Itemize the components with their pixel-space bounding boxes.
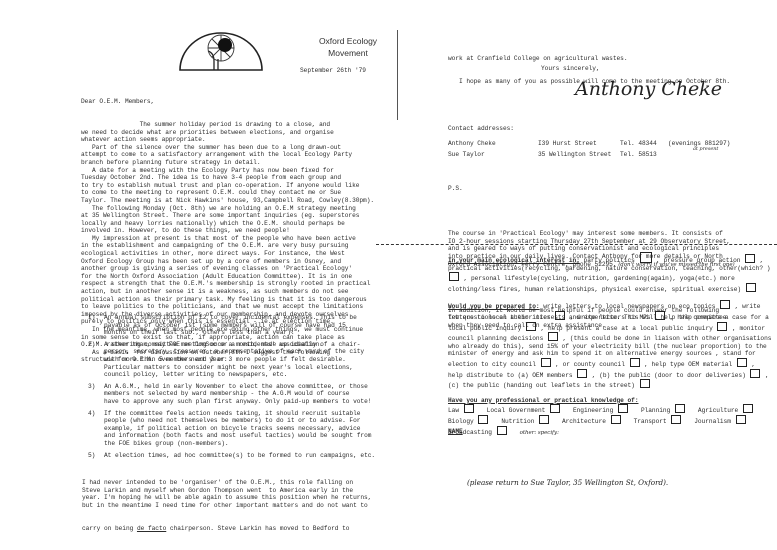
letter-line: locally and heavy lorries nationally) wh…	[81, 220, 374, 228]
letter-line: The summer holiday period is drawing to …	[81, 121, 374, 129]
knowledge-label: Journalism	[694, 418, 731, 425]
item-line: months on their last sub., others less t…	[104, 329, 375, 337]
knowledge-option: Journalism	[694, 415, 746, 426]
letter-line: to leave politics to the politicians, an…	[81, 303, 374, 311]
knowledge-label: Agriculture	[698, 407, 738, 414]
letter-line: Part of the silence over the summer has …	[81, 144, 374, 152]
item-text: An A.G.M., held in early November to ele…	[104, 383, 375, 406]
letter-line: for the North Oxford Association (Adult …	[81, 273, 374, 281]
closing-line: Steve Larkin and myself when Gordon Thom…	[82, 487, 371, 495]
letter-line: ecological activities in other, more dir…	[81, 250, 374, 258]
letter-line: to try to establish mutual trust and pla…	[81, 182, 374, 190]
prepared-option-label: write letters to local newspapers on eco…	[543, 303, 715, 310]
prepared-option-label: write letters to MPs	[577, 314, 650, 321]
letter-line: another group is giving a series of even…	[81, 265, 374, 273]
knowledge-checkbox[interactable]	[539, 415, 549, 424]
item-line: the FOE bikes group (non-members).	[104, 440, 375, 448]
knowledge-option: Architecture	[562, 415, 622, 426]
structure-item: 5)At election times, ad hoc committee(s)…	[88, 452, 375, 460]
prepared-option-label: help present a case at a local public in…	[548, 325, 713, 332]
prepared-checkbox[interactable]	[577, 369, 587, 378]
interest-checkbox[interactable]	[449, 272, 459, 281]
return-address-note: (please return to Sue Taylor, 35 Welling…	[467, 478, 668, 487]
item-number: 4)	[88, 410, 95, 418]
ps-line: The course in 'Practical Ecology' may in…	[448, 230, 735, 238]
ps-label: P.S.	[448, 185, 735, 193]
sunflower-arch-logo-icon	[178, 31, 264, 71]
item-number: I)	[88, 314, 95, 322]
item-number: 5)	[88, 452, 95, 460]
organization-name: Oxford Ecology Movement	[303, 35, 393, 59]
prepared-option-label: (b) the public (door to door deliveries)	[599, 372, 746, 379]
item-line: with more than 5 members and 2 or 3 more…	[104, 356, 375, 364]
letter-line: involved in. However, to do these things…	[81, 227, 374, 235]
letter-line: whatever action seems appropriate.	[81, 136, 374, 144]
structure-item: 2)A steering committee meeting once a mo…	[88, 341, 375, 379]
item-line: A steering committee meeting once a mont…	[104, 341, 375, 349]
item-text: At election times, ad hoc committee(s) t…	[104, 452, 375, 460]
knowledge-label: Planning	[641, 407, 670, 414]
item-number: 2)	[88, 341, 95, 349]
prepared-checkbox[interactable]	[655, 311, 665, 320]
name-field-label: NAME	[448, 428, 463, 436]
item-line: have to approve any such plan first anyw…	[104, 398, 375, 406]
item-line: people (who need not themselves be membe…	[104, 417, 375, 425]
letter-line: we need to decide what are priorities be…	[81, 129, 374, 137]
interest-checkbox[interactable]	[640, 252, 652, 263]
signature-dot: .	[698, 88, 701, 99]
item-text: A steering committee meeting once a mont…	[104, 341, 375, 379]
letter-line: Taylor. The meeting is at Nick Hawkins' …	[81, 197, 374, 205]
item-line: council policy, letter writing to newspa…	[104, 371, 375, 379]
knowledge-heading: Have you any professional or practical k…	[448, 397, 638, 404]
knowledge-checkbox[interactable]	[550, 404, 560, 413]
prepared-checkbox[interactable]	[555, 311, 565, 320]
knowledge-option: Local Government	[487, 404, 561, 415]
knowledge-option: Planning	[641, 404, 686, 415]
salutation: Dear O.E.M. Members,	[81, 98, 374, 106]
prepared-option-label: help type OEM material	[652, 361, 733, 368]
prepared-checkbox[interactable]	[720, 300, 730, 309]
letter-line: respect a strength that the O.E.M.'s mem…	[81, 280, 374, 288]
knowledge-checkbox[interactable]	[736, 415, 746, 424]
interest-option-label: practical activities(recycling, gardenin…	[448, 265, 770, 272]
prepared-option-label: help distribute to (a) OEM members	[448, 372, 573, 379]
knowledge-checkbox[interactable]	[478, 415, 488, 424]
knowledge-option: Engineering	[573, 404, 629, 415]
letter-line: The following Monday (Oct. 8th) we are h…	[81, 205, 374, 213]
knowledge-checkbox[interactable]	[618, 404, 628, 413]
handwritten-note: at present	[693, 146, 718, 154]
contact-name: Anthony Cheke	[448, 140, 496, 148]
item-line: Particular matters to consider might be …	[104, 364, 375, 372]
prepared-checkbox[interactable]	[750, 369, 760, 378]
interest-option-label: personal lifestyle(cycling, nutrition, g…	[448, 275, 741, 293]
interest-option-label: party politics	[584, 257, 635, 264]
prepared-checkbox[interactable]	[640, 379, 650, 388]
tear-off-dashed-line	[376, 244, 777, 245]
letter-line: branch before planning future strategy i…	[81, 159, 374, 167]
org-name-line2: Movement	[303, 47, 393, 59]
prepared-checkbox[interactable]	[630, 358, 640, 367]
letter-line: political action as their primary task. …	[81, 296, 374, 304]
contact-name: Sue Taylor	[448, 151, 485, 159]
knowledge-label: Local Government	[487, 407, 546, 414]
item-line: At election times, ad hoc committee(s) t…	[104, 452, 375, 460]
knowledge-checkbox[interactable]	[611, 415, 621, 424]
prepared-checkbox[interactable]	[737, 358, 747, 367]
question-block: Have you any professional or practical k…	[448, 397, 773, 437]
knowledge-checkbox[interactable]	[671, 415, 681, 424]
knowledge-option: Law	[448, 404, 475, 415]
closing-paragraph: I had never intended to be 'organiser' o…	[82, 464, 371, 540]
question-block: In your main ecological interest in: par…	[448, 252, 773, 293]
letter-line: to come to the meeting to represent O.E.…	[81, 189, 374, 197]
structure-item: 4)If the committee feels action needs ta…	[88, 410, 375, 448]
item-line: person, secretary, treasurer, a represen…	[104, 348, 375, 356]
letter-date: September 26th '79	[300, 67, 366, 75]
letter-line: Oxford Ecology Group has been set up by …	[81, 258, 374, 266]
questionnaire: In your main ecological interest in: par…	[448, 252, 773, 444]
item-text: If the committee feels action needs taki…	[104, 410, 375, 448]
closing-last-line: carry on being de facto chairperson. Ste…	[82, 525, 371, 533]
knowledge-label: Engineering	[573, 407, 613, 414]
de-facto-underlined: de facto	[137, 525, 166, 532]
item-text: An annual subscription of £2 to cover in…	[104, 314, 375, 337]
knowledge-option: Nutrition	[501, 415, 550, 426]
knowledge-option: Agriculture	[698, 404, 754, 415]
knowledge-label: Law	[448, 407, 459, 414]
closing-lead: carry on being	[82, 525, 137, 532]
knowledge-checkbox[interactable]	[497, 426, 507, 435]
letter-line: in the establishment and campaigning of …	[81, 242, 374, 250]
structure-item: I)An annual subscription of £2 to cover …	[88, 314, 375, 337]
sign-off: Yours sincerely,	[541, 65, 600, 73]
closing-line: but in the meantime I need time for othe…	[82, 502, 371, 510]
page-edge-line	[397, 30, 398, 120]
continuation-line-1: work at Cranfield College on agricultura…	[448, 55, 730, 63]
knowledge-checkbox[interactable]	[675, 404, 685, 413]
letter-line: attempt to come to a satisfactory arrang…	[81, 151, 374, 159]
item-number: 3)	[88, 383, 95, 391]
item-line: An annual subscription of £2 to cover in…	[104, 314, 375, 322]
contact-tel: Tel. 48344	[620, 140, 657, 148]
knowledge-checkbox[interactable]	[743, 404, 753, 413]
prepared-checkbox[interactable]	[541, 358, 551, 367]
knowledge-checkbox[interactable]	[464, 404, 474, 413]
item-line: example, if political action on bicycle …	[104, 425, 375, 433]
org-name-line1: Oxford Ecology	[303, 35, 393, 47]
question-block: Would you be prepared to: write letters …	[448, 300, 773, 389]
structure-item: 3)An A.G.M., held in early November to e…	[88, 383, 375, 406]
prepared-option-label: (c) the public (handing out leaflets in …	[448, 382, 635, 389]
letter-line: action, but in another sense it is a wea…	[81, 288, 374, 296]
letter-line: Tuesday October 2nd. The idea is to have…	[81, 174, 374, 182]
letter-line: My impression at present is that most of…	[81, 235, 374, 243]
interest-heading: In your main ecological interest in:	[448, 257, 580, 264]
item-line: If the committee feels action needs taki…	[104, 410, 375, 418]
proposed-structure-list: I)An annual subscription of £2 to cover …	[88, 314, 375, 463]
item-line: payable as of October 1st (some members …	[104, 322, 375, 330]
closing-line: I had never intended to be 'organiser' o…	[82, 479, 371, 487]
knowledge-option: Transport	[634, 415, 683, 426]
closing-line: year. I'm hoping he will be able again t…	[82, 494, 371, 502]
prepared-checkbox[interactable]	[717, 322, 727, 331]
contacts-label: Contact addresses:	[448, 125, 514, 133]
interest-option-label: pressure group action	[664, 257, 741, 264]
letter-line: A date for a meeting with the Ecology Pa…	[81, 167, 374, 175]
item-line: An A.G.M., held in early November to ele…	[104, 383, 375, 391]
interest-checkbox[interactable]	[746, 283, 756, 292]
letter-line: at 35 Wellington Street. There are some …	[81, 212, 374, 220]
knowledge-label: Nutrition	[501, 418, 534, 425]
knowledge-label: Architecture	[562, 418, 606, 425]
other-specify-handwritten: other: specify:	[520, 430, 559, 436]
knowledge-option: Biology	[448, 415, 489, 426]
closing-lines: I had never intended to be 'organiser' o…	[82, 479, 371, 509]
knowledge-label: Transport	[634, 418, 667, 425]
prepared-checkbox[interactable]	[548, 332, 558, 341]
item-line: and information (both facts and most use…	[104, 432, 375, 440]
contact-address: I39 Hurst Street	[538, 140, 597, 148]
contact-tel: Tel. 58513	[620, 151, 657, 159]
prepared-checkbox[interactable]	[526, 322, 536, 331]
prepared-option-label: or county council	[563, 361, 625, 368]
closing-tail: chairperson. Steve Larkin has moved to B…	[166, 525, 349, 532]
prepared-heading: Would you be prepared to:	[448, 303, 540, 310]
knowledge-label: Biology	[448, 418, 474, 425]
interest-checkbox[interactable]	[745, 254, 755, 263]
item-line: members not selected by ward membership …	[104, 390, 375, 398]
contact-address: 35 Wellington Street	[538, 151, 611, 159]
